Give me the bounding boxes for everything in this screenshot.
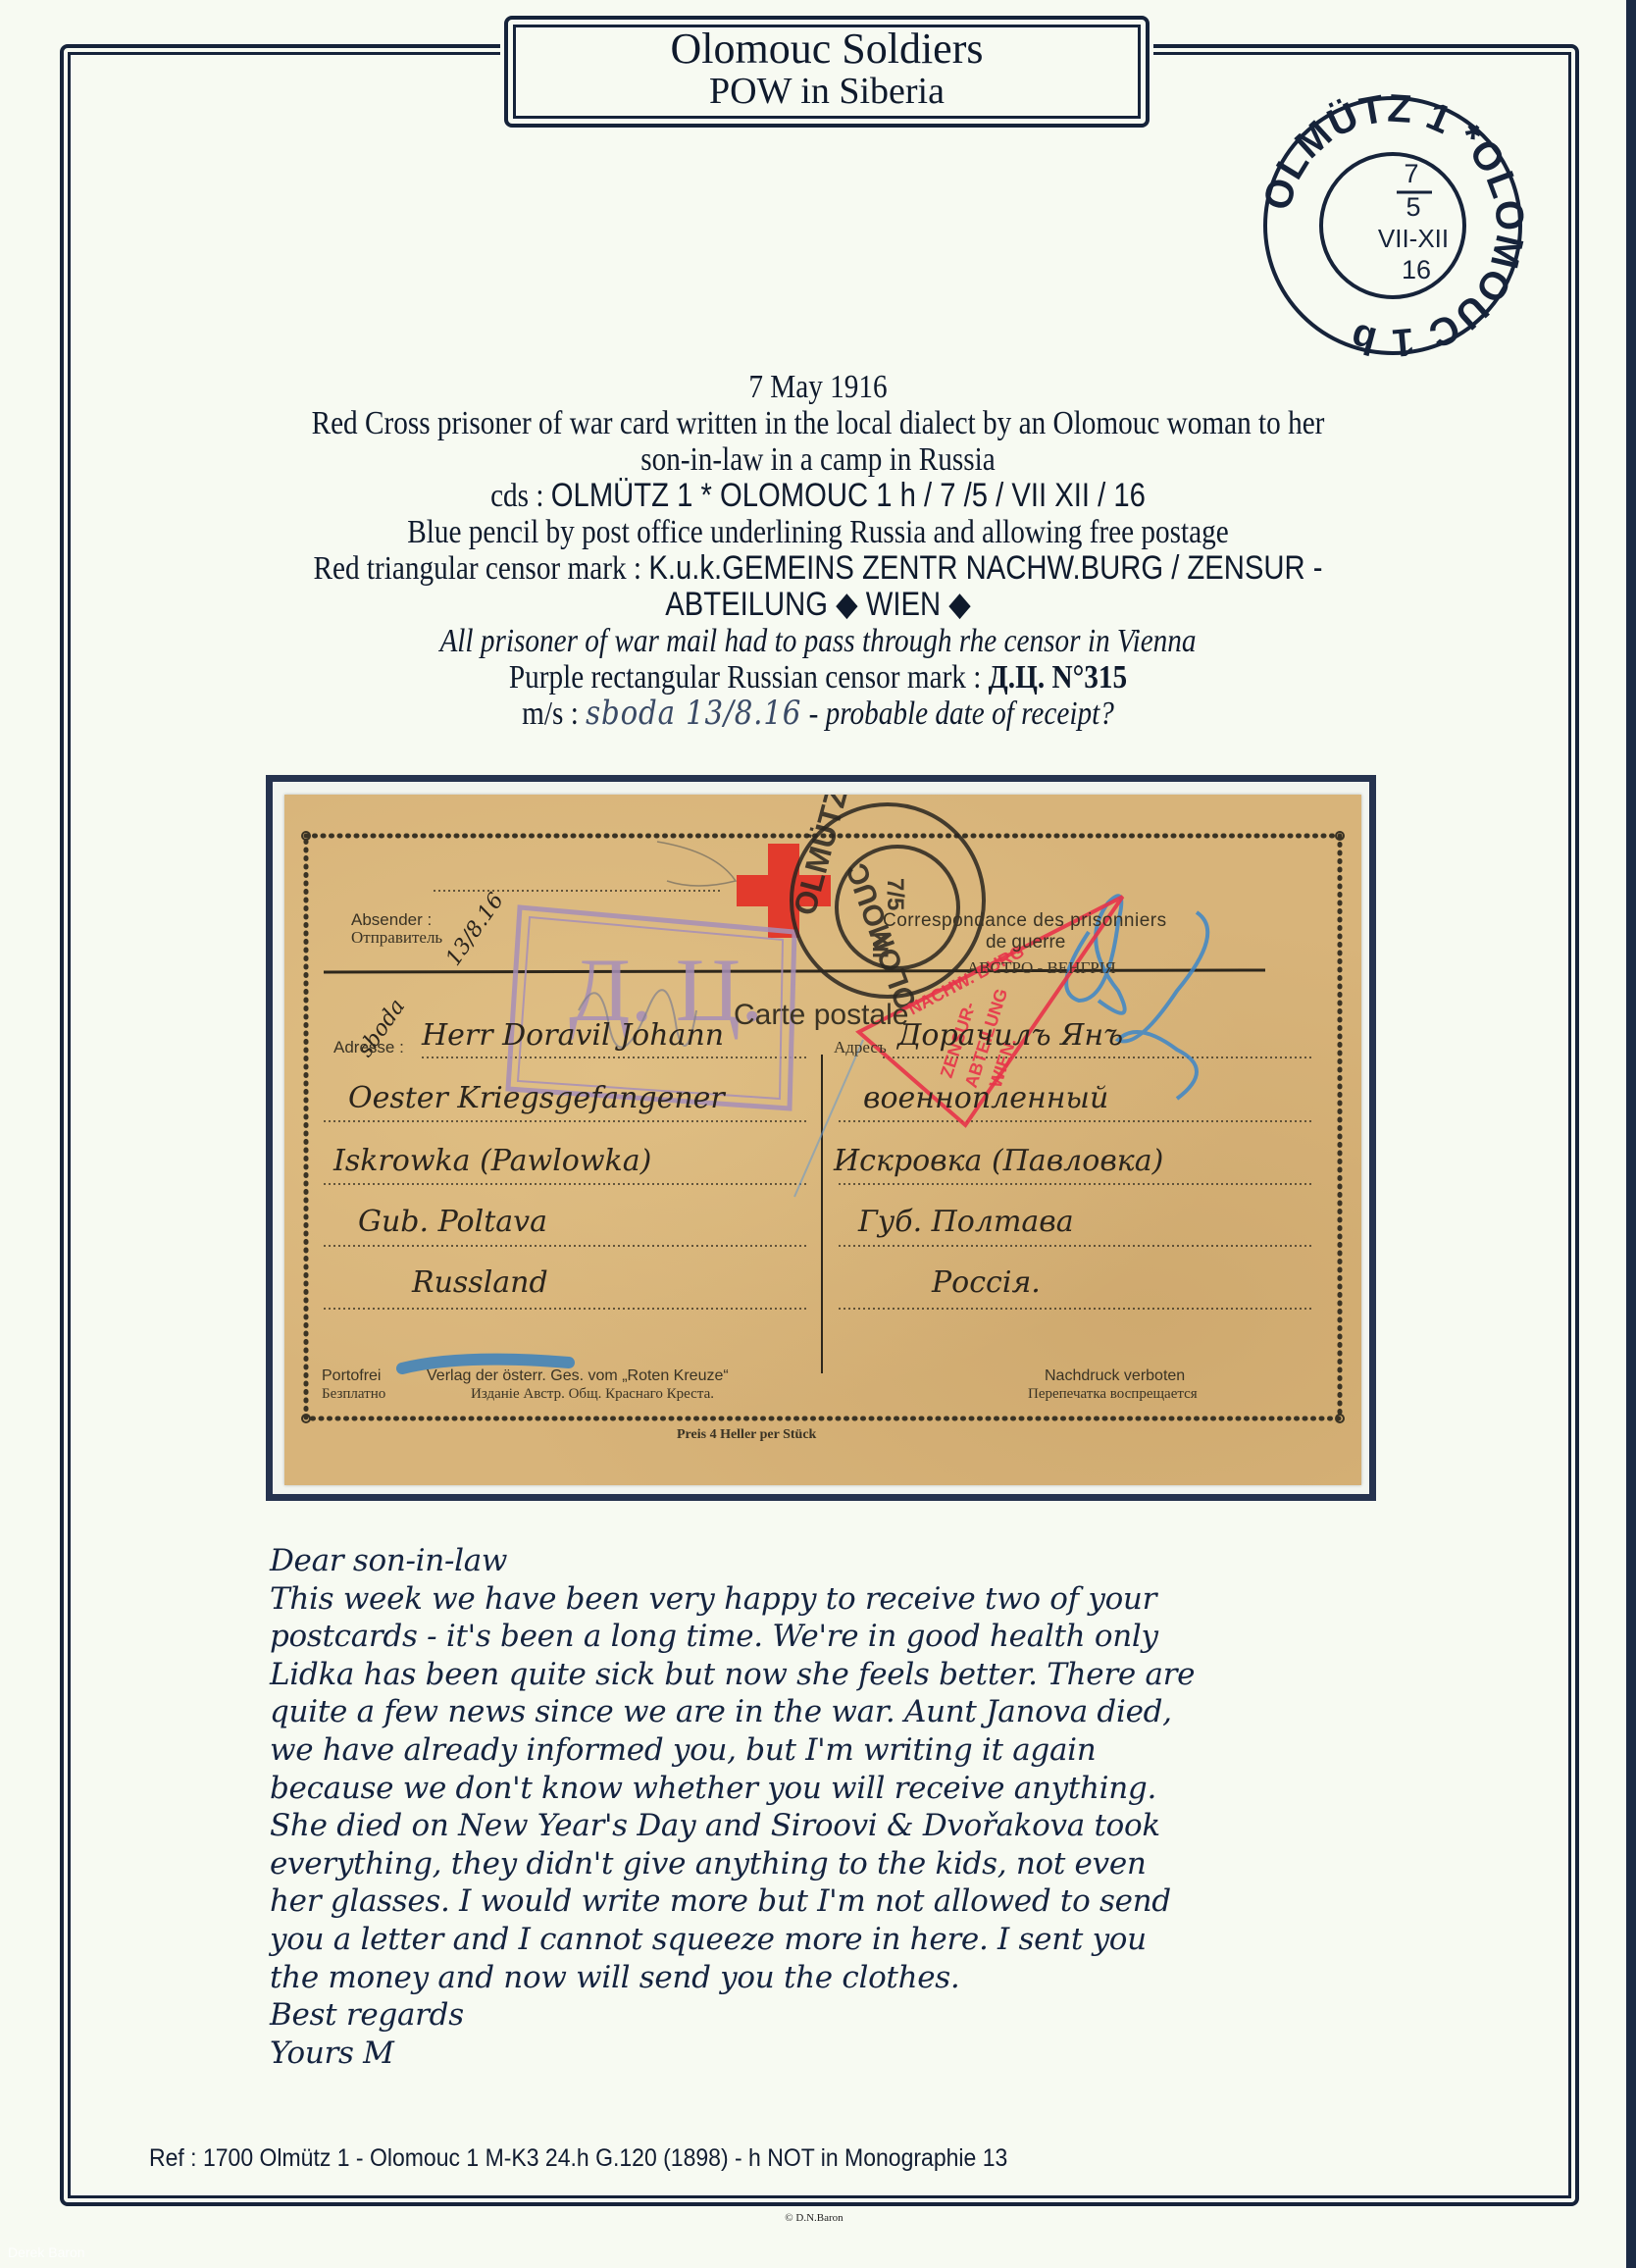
footer-nachdruck: Nachdruck verboten [1045,1367,1185,1385]
description-block: 7 May 1916 Red Cross prisoner of war car… [199,369,1437,732]
purple-censor-value: Д.Ц. N°315 [989,659,1127,696]
header-fr-2: de guerre [986,932,1065,954]
description-ms: m/s : sboda 13/8.16 - probable date of r… [199,696,1437,732]
red-censor-value: K.u.k.GEMEINS ZENTR NACHW.BURG / ZENSUR … [648,549,1322,587]
address-ru-1: Дорачилъ Янъ [897,1018,1123,1053]
svg-text:16: 16 [1402,255,1431,284]
letter-line: because we don't know whether you will r… [270,1770,1407,1808]
title-line-1: Olomouc Soldiers [513,27,1141,71]
svg-text:VII-XII: VII-XII [1378,224,1449,253]
description-line-1: Red Cross prisoner of war card written i… [199,405,1437,441]
scan-edge [1626,0,1636,2268]
ms-value: sboda 13/8.16 [586,694,801,733]
red-censor-label: Red triangular censor mark : [313,550,648,587]
address-de-3: Iskrowka (Pawlowka) [333,1144,651,1178]
address-de-5: Russland [412,1265,548,1300]
letter-line: Dear son-in-law [270,1542,1407,1580]
address-ru-3: Искровка (Павловка) [834,1144,1163,1178]
adresse-ru-label: Адресъ [834,1038,887,1057]
letter-line: Yours M [270,2035,1407,2073]
svg-text:7: 7 [1404,159,1418,188]
footer-bezplatno: Безплатно [322,1386,385,1403]
adresse-label: Adresse : [333,1038,404,1057]
description-red-censor: Red triangular censor mark : K.u.k.GEMEI… [199,550,1437,587]
cds-label: cds : [490,478,551,514]
svg-text:5: 5 [1406,192,1420,222]
letter-line: postcards - it's been a long time. We're… [270,1618,1407,1656]
description-date: 7 May 1916 [199,369,1437,405]
ms-note: - probable date of receipt? [801,696,1114,732]
copyright: © D.N.Baron [765,2212,863,2224]
cds-value: OLMÜTZ 1 * OLOMOUC 1 h / 7 /5 / VII XII … [551,477,1146,514]
letter-line: Lidka has been quite sick but now she fe… [270,1656,1407,1694]
postcard-price: Preis 4 Heller per Stück [677,1427,816,1443]
letter-line: you a letter and I cannot squeeze more i… [270,1921,1407,1959]
address-de-1: Herr Doravil Johann [422,1018,724,1053]
svg-text:7/5: 7/5 [882,878,908,910]
letter-line: She died on New Year's Day and Siroovi &… [270,1807,1407,1845]
description-line-2: son-in-law in a camp in Russia [199,441,1437,478]
cds-postmark-illustration: OLMÜTZ 1 *OLOMOUC 1 b 7 5 VII-XII 16 [1259,92,1526,359]
page-title: Olomouc Soldiers POW in Siberia [513,26,1141,110]
vienna-note: All prisoner of war mail had to pass thr… [199,623,1437,659]
letter-line: everything, they didn't give anything to… [270,1845,1407,1883]
letter-line: we have already informed you, but I'm wr… [270,1731,1407,1770]
red-censor-value-cont: ABTEILUNG ◆ WIEN ◆ [199,587,1437,623]
letter-translation: Dear son-in-lawThis week we have been ve… [270,1542,1407,2072]
description-cds: cds : OLMÜTZ 1 * OLOMOUC 1 h / 7 /5 / VI… [199,478,1437,514]
postcard-image: Д. Ц. OLMÜTZ OLOMOUC 7/5 XII NACHW. BURG… [284,795,1361,1485]
carte-postale: Carte postale [734,999,908,1032]
letter-line: her glasses. I would write more but I'm … [270,1882,1407,1921]
watermark: Derek Baron [8,2244,85,2260]
footer-portofrei: Portofrei [322,1367,381,1385]
address-ru-4: Губ. Полтава [858,1205,1074,1239]
absender-ru-label: Отправитель [351,928,442,948]
reference-line: Ref : 1700 Olmütz 1 - Olomouc 1 M-K3 24.… [149,2144,1007,2173]
letter-line: the money and now will send you the clot… [270,1959,1407,1997]
letter-line: quite a few news since we are in the war… [270,1693,1407,1731]
title-line-2: POW in Siberia [513,73,1141,110]
purple-censor-label: Purple rectangular Russian censor mark : [509,659,989,696]
letter-line: Best regards [270,1996,1407,2035]
footer-verlag: Verlag der österr. Ges. vom „Roten Kreuz… [427,1367,729,1385]
footer-izdanie: Изданіе Австр. Общ. Краснаго Креста. [471,1386,714,1403]
footer-perepechatka: Перепечатка воспрещается [1028,1386,1198,1403]
letter-line: This week we have been very happy to rec… [270,1580,1407,1619]
header-fr-1: Correspondance des prisonniers [883,910,1167,932]
address-de-2: Oester Kriegsgefangener [348,1081,725,1115]
address-de-4: Gub. Poltava [358,1205,547,1239]
description-purple-censor: Purple rectangular Russian censor mark :… [199,659,1437,696]
header-ru: АВСТРО - ВЕНГРІЯ [967,958,1116,978]
description-blue-pencil: Blue pencil by post office underlining R… [199,514,1437,550]
address-ru-5: Россія. [932,1265,1041,1300]
absender-label: Absender : [351,910,432,930]
address-ru-2: военнопленный [863,1081,1108,1115]
svg-text:XII: XII [868,932,893,958]
ms-label: m/s : [522,696,586,732]
